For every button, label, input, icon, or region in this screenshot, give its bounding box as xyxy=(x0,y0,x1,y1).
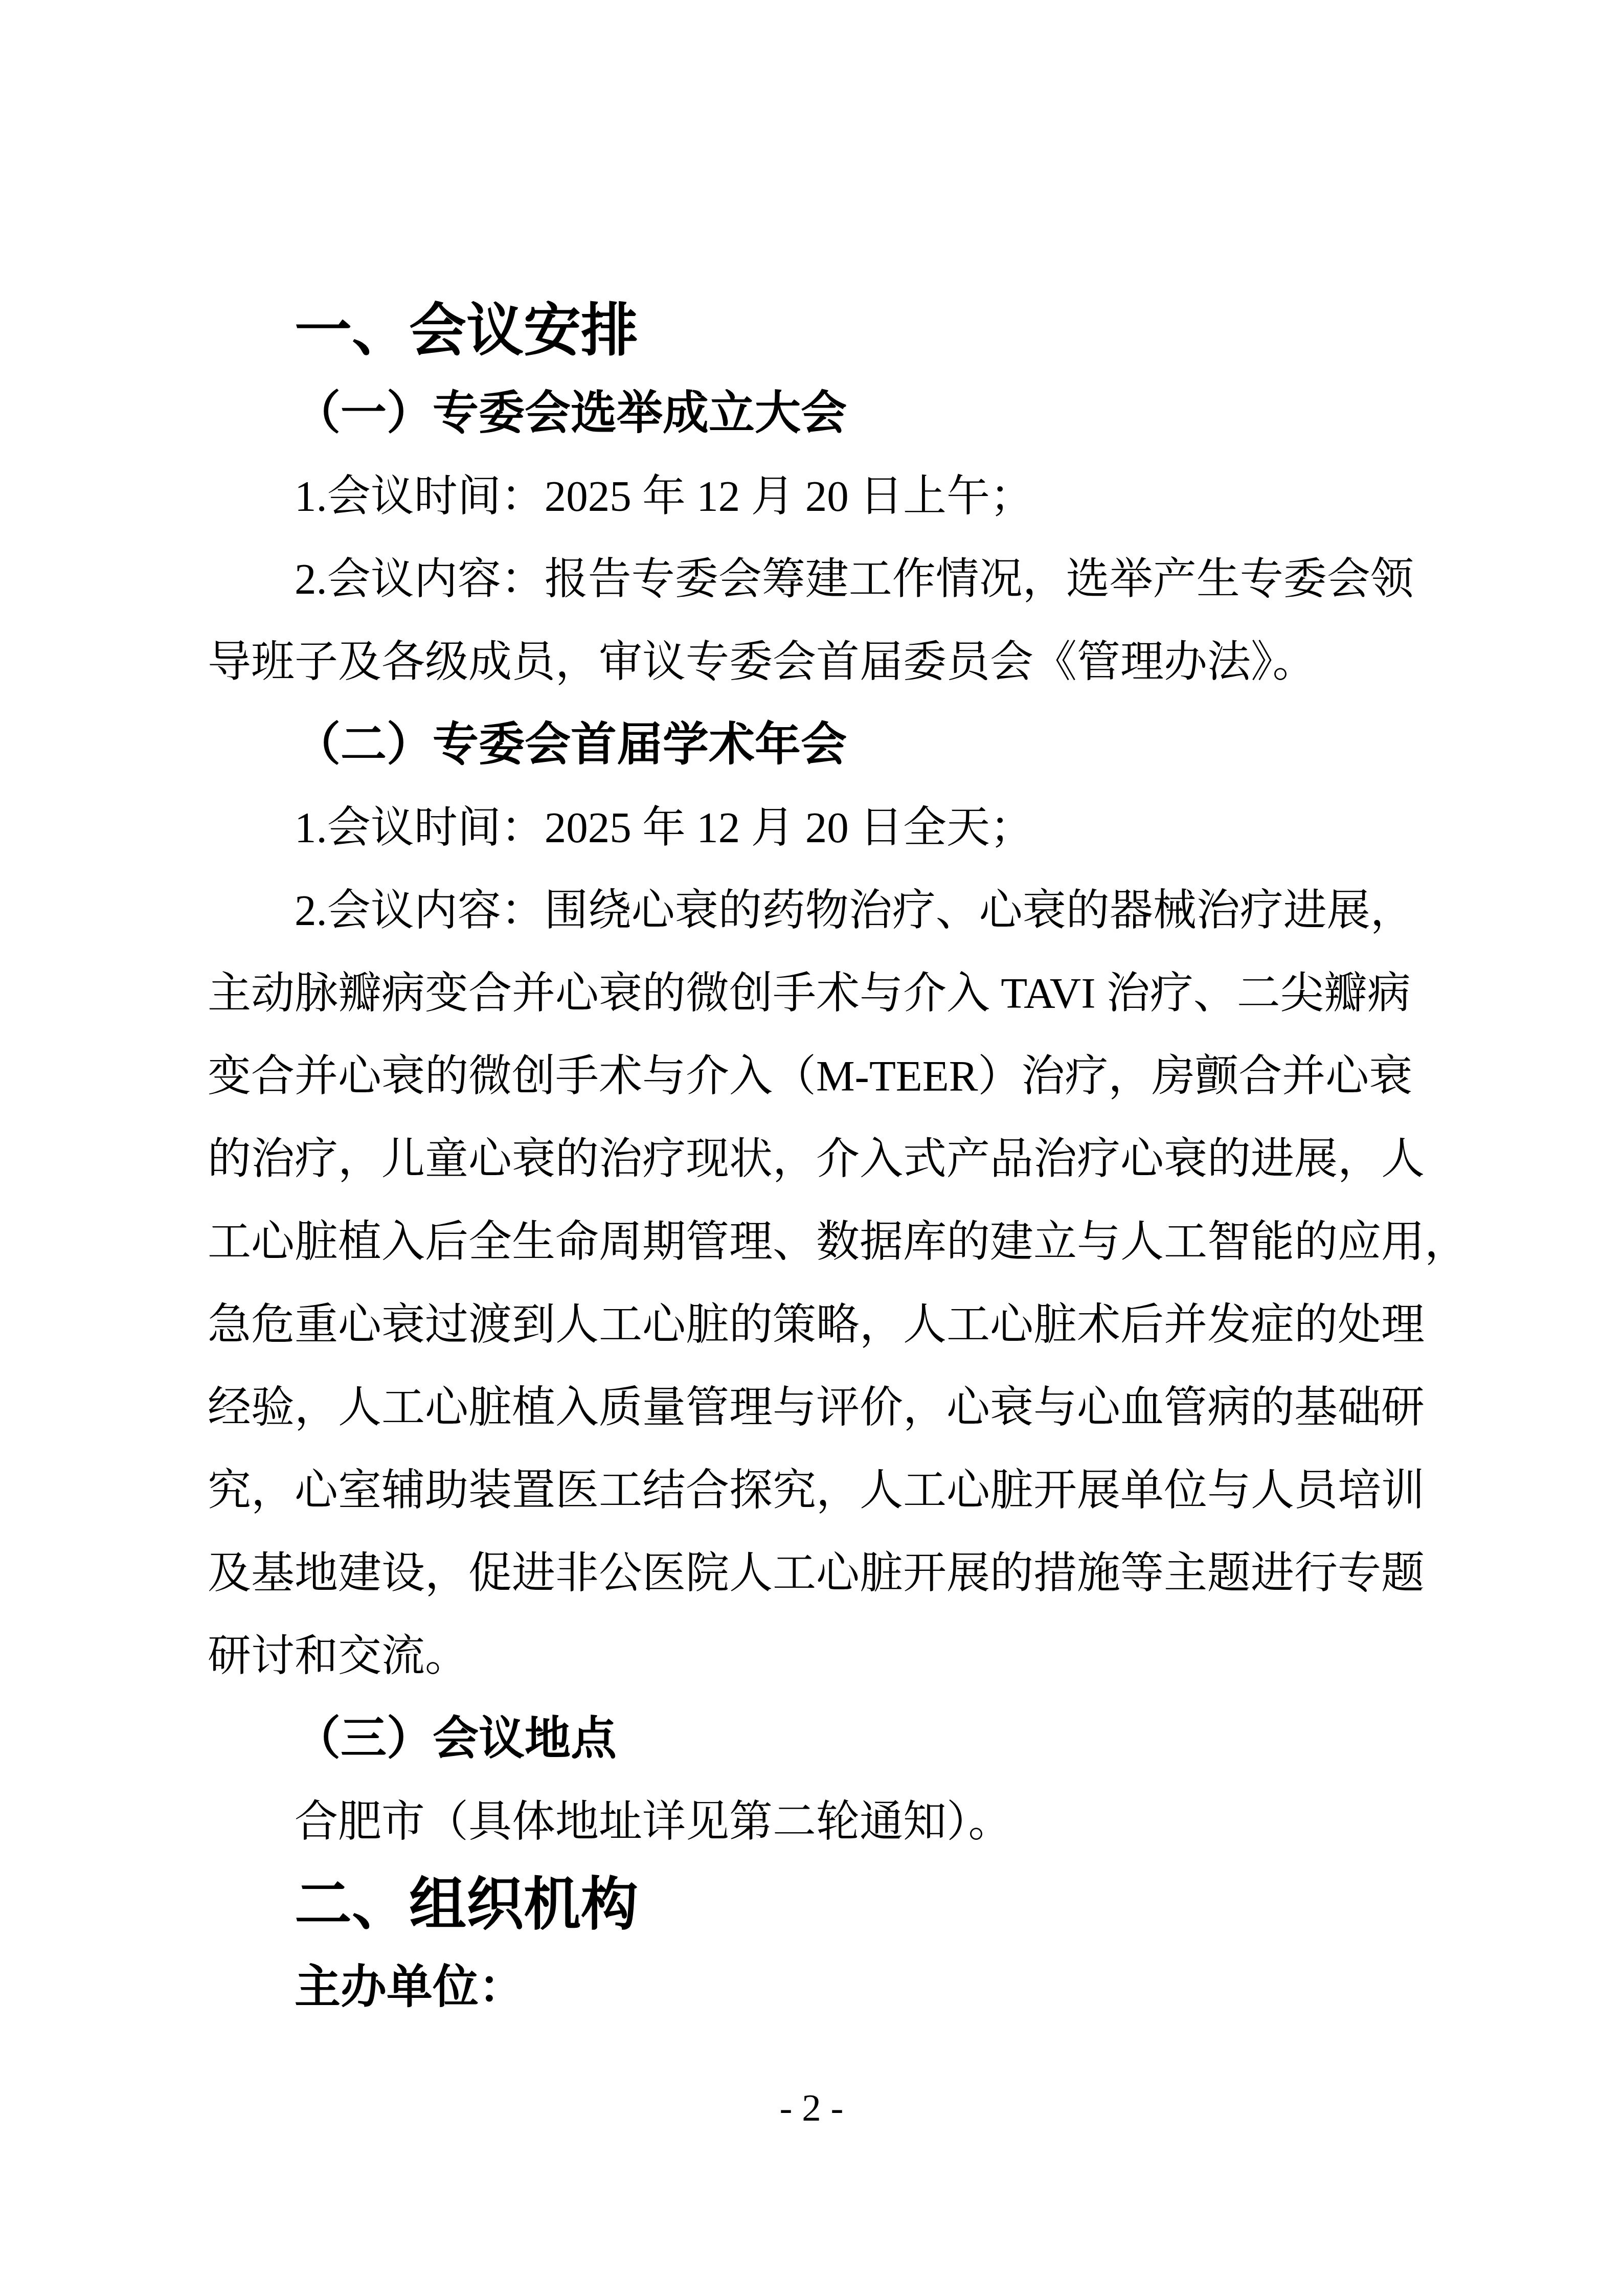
line-meeting-content-2b: 主动脉瓣病变合并心衰的微创手术与介入 TAVI 治疗、二尖瓣病 xyxy=(208,952,1435,1035)
line-meeting-content-1a: 2.会议内容：报告专委会筹建工作情况，选举产生专委会领 xyxy=(208,538,1435,621)
line-meeting-time-1: 1.会议时间：2025 年 12 月 20 日上午； xyxy=(208,455,1435,538)
line-host-organizer-label: 主办单位： xyxy=(208,1946,1435,2029)
document-body: 一、会议安排 （一）专委会选举成立大会 1.会议时间：2025 年 12 月 2… xyxy=(208,289,1435,2029)
subsection-heading-first-academic-annual-meeting: （二）专委会首届学术年会 xyxy=(208,704,1435,786)
subsection-heading-meeting-location: （三）会议地点 xyxy=(208,1698,1435,1781)
line-meeting-content-2g: 经验，人工心脏植入质量管理与评价，心衰与心血管病的基础研 xyxy=(208,1366,1435,1449)
line-meeting-content-2h: 究，心室辅助装置医工结合探究，人工心脏开展单位与人员培训 xyxy=(208,1449,1435,1532)
line-meeting-time-2: 1.会议时间：2025 年 12 月 20 日全天； xyxy=(208,786,1435,869)
section-heading-meeting-arrangement: 一、会议安排 xyxy=(208,289,1435,372)
subsection-heading-founding-election-conference: （一）专委会选举成立大会 xyxy=(208,372,1435,455)
line-meeting-content-2d: 的治疗，儿童心衰的治疗现状，介入式产品治疗心衰的进展，人 xyxy=(208,1118,1435,1201)
line-meeting-content-2j: 研讨和交流。 xyxy=(208,1615,1435,1698)
section-heading-organization: 二、组织机构 xyxy=(208,1863,1435,1946)
line-meeting-location: 合肥市（具体地址详见第二轮通知）。 xyxy=(208,1781,1435,1863)
line-meeting-content-2c: 变合并心衰的微创手术与介入（M-TEER）治疗，房颤合并心衰 xyxy=(208,1035,1435,1118)
page-number: - 2 - xyxy=(0,2085,1623,2131)
line-meeting-content-2a: 2.会议内容：围绕心衰的药物治疗、心衰的器械治疗进展， xyxy=(208,869,1435,952)
line-meeting-content-2f: 急危重心衰过渡到人工心脏的策略，人工心脏术后并发症的处理 xyxy=(208,1284,1435,1366)
document-page: 一、会议安排 （一）专委会选举成立大会 1.会议时间：2025 年 12 月 2… xyxy=(0,0,1623,2296)
line-meeting-content-2i: 及基地建设，促进非公医院人工心脏开展的措施等主题进行专题 xyxy=(208,1532,1435,1615)
line-meeting-content-2e: 工心脏植入后全生命周期管理、数据库的建立与人工智能的应用， xyxy=(208,1201,1435,1284)
line-meeting-content-1b: 导班子及各级成员，审议专委会首届委员会《管理办法》。 xyxy=(208,621,1435,704)
